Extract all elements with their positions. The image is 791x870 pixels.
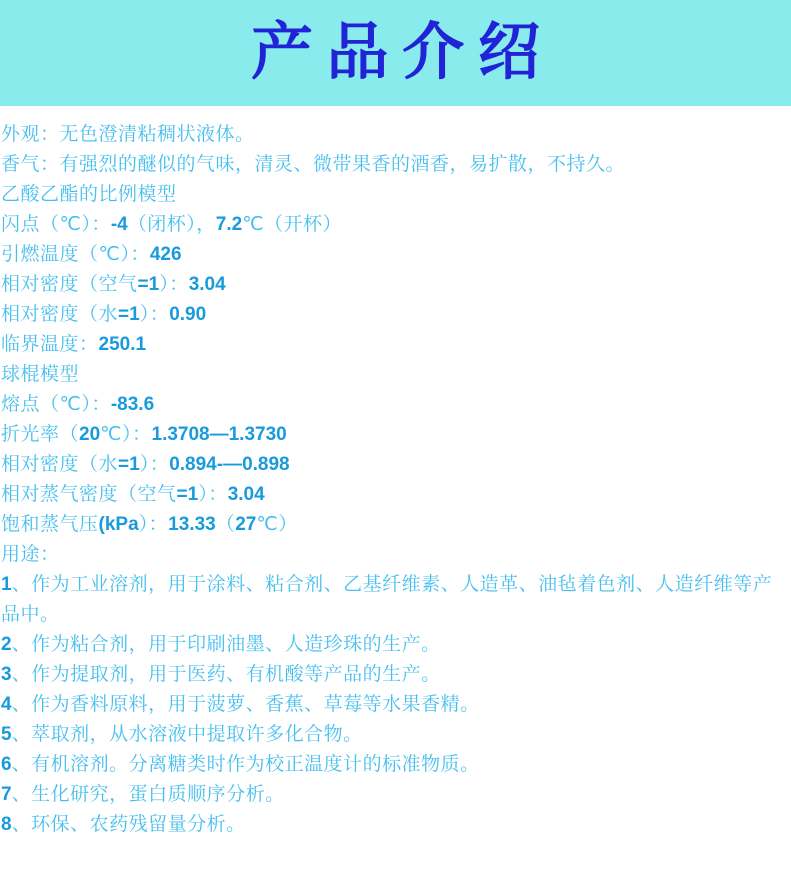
- text-line: 乙酸乙酯的比例模型: [1, 180, 789, 210]
- label-segment: 相对蒸气密度（空气: [1, 484, 177, 505]
- text-line: 7、生化研究，蛋白质顺序分析。: [1, 780, 789, 810]
- text-line: 3、作为提取剂，用于医药、有机酸等产品的生产。: [1, 660, 789, 690]
- value-segment: 0.90: [169, 304, 206, 325]
- value-segment: (kPa: [99, 514, 139, 535]
- text-line: 熔点（℃）：-83.6: [1, 390, 789, 420]
- value-segment: 1.3708—1.3730: [152, 424, 287, 445]
- value-segment: 0.894-—0.898: [169, 454, 289, 475]
- value-segment: 7.2: [216, 214, 242, 235]
- label-segment: 、作为提取剂，用于医药、有机酸等产品的生产。: [12, 664, 441, 685]
- label-segment: ℃）: [256, 514, 297, 535]
- label-segment: 、作为粘合剂，用于印刷油墨、人造珍珠的生产。: [12, 634, 441, 655]
- text-line: 相对蒸气密度（空气=1）：3.04: [1, 480, 789, 510]
- text-line: 1、作为工业溶剂，用于涂料、粘合剂、乙基纤维素、人造革、油毡着色剂、人造纤维等产…: [1, 570, 789, 630]
- value-segment: 3.04: [189, 274, 226, 295]
- value-segment: 7: [1, 784, 12, 805]
- label-segment: 相对密度（水: [1, 454, 118, 475]
- value-segment: 6: [1, 754, 12, 775]
- label-segment: 香气：有强烈的醚似的气味，清灵、微带果香的酒香，易扩散，不持久。: [1, 154, 625, 175]
- value-segment: 426: [150, 244, 182, 265]
- label-segment: 乙酸乙酯的比例模型: [1, 184, 177, 205]
- text-line: 香气：有强烈的醚似的气味，清灵、微带果香的酒香，易扩散，不持久。: [1, 150, 789, 180]
- text-line: 4、作为香料原料，用于菠萝、香蕉、草莓等水果香精。: [1, 690, 789, 720]
- value-segment: -83.6: [111, 394, 154, 415]
- label-segment: 相对密度（空气: [1, 274, 138, 295]
- product-description-text: 外观：无色澄清粘稠状液体。香气：有强烈的醚似的气味，清灵、微带果香的酒香，易扩散…: [0, 106, 791, 840]
- label-segment: ）：: [159, 274, 189, 295]
- label-segment: 球棍模型: [1, 364, 79, 385]
- value-segment: =1: [118, 454, 140, 475]
- text-line: 相对密度（水=1）：0.894-—0.898: [1, 450, 789, 480]
- value-segment: 3: [1, 664, 12, 685]
- label-segment: ℃（开杯）: [242, 214, 342, 235]
- value-segment: =1: [118, 304, 140, 325]
- text-line: 用途：: [1, 540, 789, 570]
- label-segment: 相对密度（水: [1, 304, 118, 325]
- label-segment: 用途：: [1, 544, 60, 565]
- value-segment: 13.33: [168, 514, 216, 535]
- label-segment: 、作为香料原料，用于菠萝、香蕉、草莓等水果香精。: [12, 694, 480, 715]
- value-segment: 5: [1, 724, 12, 745]
- label-segment: 外观：无色澄清粘稠状液体。: [1, 124, 255, 145]
- page-title: 产品介绍: [237, 22, 553, 84]
- label-segment: 、作为工业溶剂，用于涂料、粘合剂、乙基纤维素、人造革、油毡着色剂、人造纤维等产品…: [1, 574, 772, 625]
- label-segment: ）：: [198, 484, 228, 505]
- label-segment: （闭杯），: [128, 214, 216, 235]
- text-line: 2、作为粘合剂，用于印刷油墨、人造珍珠的生产。: [1, 630, 789, 660]
- label-segment: 折光率（: [1, 424, 79, 445]
- text-line: 球棍模型: [1, 360, 789, 390]
- text-line: 8、环保、农药残留量分析。: [1, 810, 789, 840]
- text-line: 引燃温度（℃）：426: [1, 240, 789, 270]
- value-segment: 3.04: [228, 484, 265, 505]
- text-line: 相对密度（水=1）：0.90: [1, 300, 789, 330]
- value-segment: 250.1: [99, 334, 147, 355]
- label-segment: 临界温度：: [1, 334, 99, 355]
- label-segment: 引燃温度（℃）：: [1, 244, 150, 265]
- text-line: 折光率（20℃）：1.3708—1.3730: [1, 420, 789, 450]
- text-line: 闪点（℃）：-4（闭杯），7.2℃（开杯）: [1, 210, 789, 240]
- value-segment: 27: [235, 514, 256, 535]
- text-line: 临界温度：250.1: [1, 330, 789, 360]
- value-segment: =1: [177, 484, 199, 505]
- text-line: 6、有机溶剂。分离糖类时作为校正温度计的标准物质。: [1, 750, 789, 780]
- label-segment: ）：: [140, 454, 170, 475]
- value-segment: 8: [1, 814, 12, 835]
- text-line: 5、萃取剂，从水溶液中提取许多化合物。: [1, 720, 789, 750]
- text-line: 外观：无色澄清粘稠状液体。: [1, 120, 789, 150]
- label-segment: 、生化研究，蛋白质顺序分析。: [12, 784, 285, 805]
- header-banner: 产品介绍: [0, 0, 791, 106]
- value-segment: -4: [111, 214, 128, 235]
- value-segment: =1: [138, 274, 160, 295]
- label-segment: 熔点（℃）：: [1, 394, 111, 415]
- text-line: 饱和蒸气压(kPa）：13.33（27℃）: [1, 510, 789, 540]
- label-segment: （: [216, 514, 236, 535]
- value-segment: 1: [1, 574, 12, 595]
- label-segment: ）：: [139, 514, 169, 535]
- label-segment: 、环保、农药残留量分析。: [12, 814, 246, 835]
- value-segment: 4: [1, 694, 12, 715]
- label-segment: 、萃取剂，从水溶液中提取许多化合物。: [12, 724, 363, 745]
- label-segment: 、有机溶剂。分离糖类时作为校正温度计的标准物质。: [12, 754, 480, 775]
- label-segment: ℃）：: [100, 424, 151, 445]
- value-segment: 2: [1, 634, 12, 655]
- label-segment: 闪点（℃）：: [1, 214, 111, 235]
- label-segment: ）：: [140, 304, 170, 325]
- value-segment: 20: [79, 424, 100, 445]
- label-segment: 饱和蒸气压: [1, 514, 99, 535]
- text-line: 相对密度（空气=1）：3.04: [1, 270, 789, 300]
